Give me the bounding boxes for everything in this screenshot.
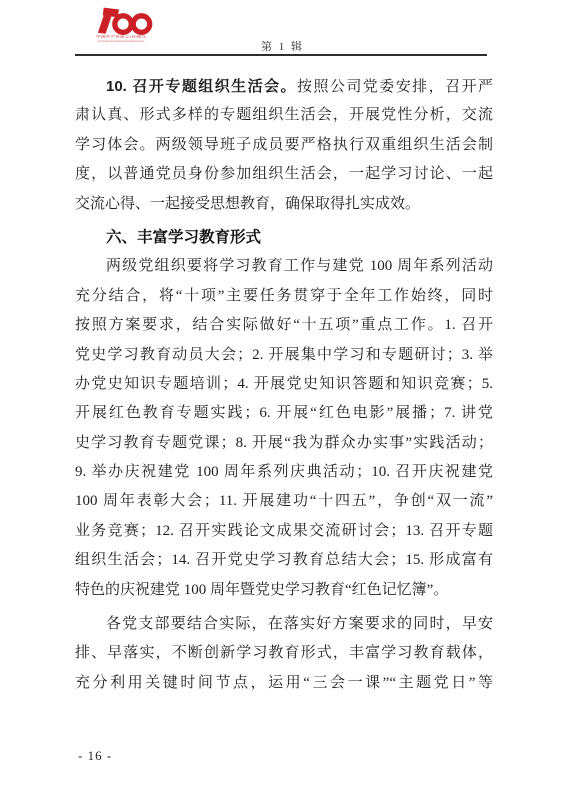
header-rule <box>75 54 487 56</box>
paragraph: 两级党组织要将学习教育工作与建党 100 周年系列活动 充分结合，将“十项”主要… <box>75 252 493 605</box>
text-line: 业务竞赛；12. 召开实践论文成果交流研讨会；13. 召开专题 <box>75 517 493 546</box>
paragraph: 10. 召开专题组织生活会。按照公司党委安排，召开严 肃认真、形式多样的专题组织… <box>75 72 493 219</box>
text-line: 各党支部要结合实际，在落实好方案要求的同时，早安 <box>75 610 493 639</box>
text-line: 交流心得、一起接受思想教育，确保取得扎实成效。 <box>75 190 493 219</box>
text-line: 学习体会。两级领导班子成员要严格执行双重组织生活会制 <box>75 131 493 160</box>
paragraph-lead-bold: 10. 召开专题组织生活会。 <box>106 78 297 95</box>
header-edition-label: 第 1 辑 <box>0 38 565 54</box>
text-line: 充分利用关键时间节点，运用“三会一课”“主题党日”等 <box>75 669 493 698</box>
digit-zero-shape <box>115 16 131 32</box>
text-line: 10. 召开专题组织生活会。按照公司党委安排，召开严 <box>75 72 493 101</box>
text-line: 100 周年表彰大会；11. 开展建功“十四五”，争创“双一流” <box>75 487 493 516</box>
text-line: 党史学习教育动员大会；2. 开展集中学习和专题研讨；3. 举 <box>75 341 493 370</box>
text-line: 肃认真、形式多样的专题组织生活会，开展党性分析，交流 <box>75 101 493 130</box>
page-number: - 16 - <box>78 748 112 764</box>
body-text: 10. 召开专题组织生活会。按照公司党委安排，召开严 肃认真、形式多样的专题组织… <box>75 72 493 698</box>
text-line: 特色的庆祝建党 100 周年暨党史学习教育“红色记忆簿”。 <box>75 576 493 605</box>
text-line: 排、早落实，不断创新学习教育形式，丰富学习教育载体， <box>75 639 493 668</box>
text-run: 按照公司党委安排，召开严 <box>297 79 493 95</box>
text-line: 度，以普通党员身份参加组织生活会，一起学习讨论、一起 <box>75 160 493 189</box>
text-line: 9. 举办庆祝建党 100 周年系列庆典活动；10. 召开庆祝建党 <box>75 458 493 487</box>
digit-one-shape <box>98 15 112 33</box>
text-line: 按照方案要求，结合实际做好“十五项”重点工作。1. 召开 <box>75 311 493 340</box>
text-line: 办党史知识专题培训；4. 开展党史知识答题和知识竞赛；5. <box>75 370 493 399</box>
text-line: 充分结合，将“十项”主要任务贯穿于全年工作始终，同时 <box>75 282 493 311</box>
text-line: 史学习教育专题党课；8. 开展“我为群众办实事”实践活动； <box>75 429 493 458</box>
text-line: 组织生活会；14. 召开党史学习教育总结大会；15. 形成富有 <box>75 546 493 575</box>
document-page: 中国共产党成立100周年 THE 100TH ANNIVERSARY OF TH… <box>0 0 565 800</box>
text-line: 两级党组织要将学习教育工作与建党 100 周年系列活动 <box>75 252 493 281</box>
text-line: 开展红色教育专题实践；6. 开展“红色电影”展播；7. 讲党 <box>75 399 493 428</box>
paragraph: 各党支部要结合实际，在落实好方案要求的同时，早安 排、早落实，不断创新学习教育形… <box>75 610 493 698</box>
digit-zero-shape <box>133 16 149 32</box>
section-heading: 六、丰富学习教育形式 <box>75 223 493 252</box>
